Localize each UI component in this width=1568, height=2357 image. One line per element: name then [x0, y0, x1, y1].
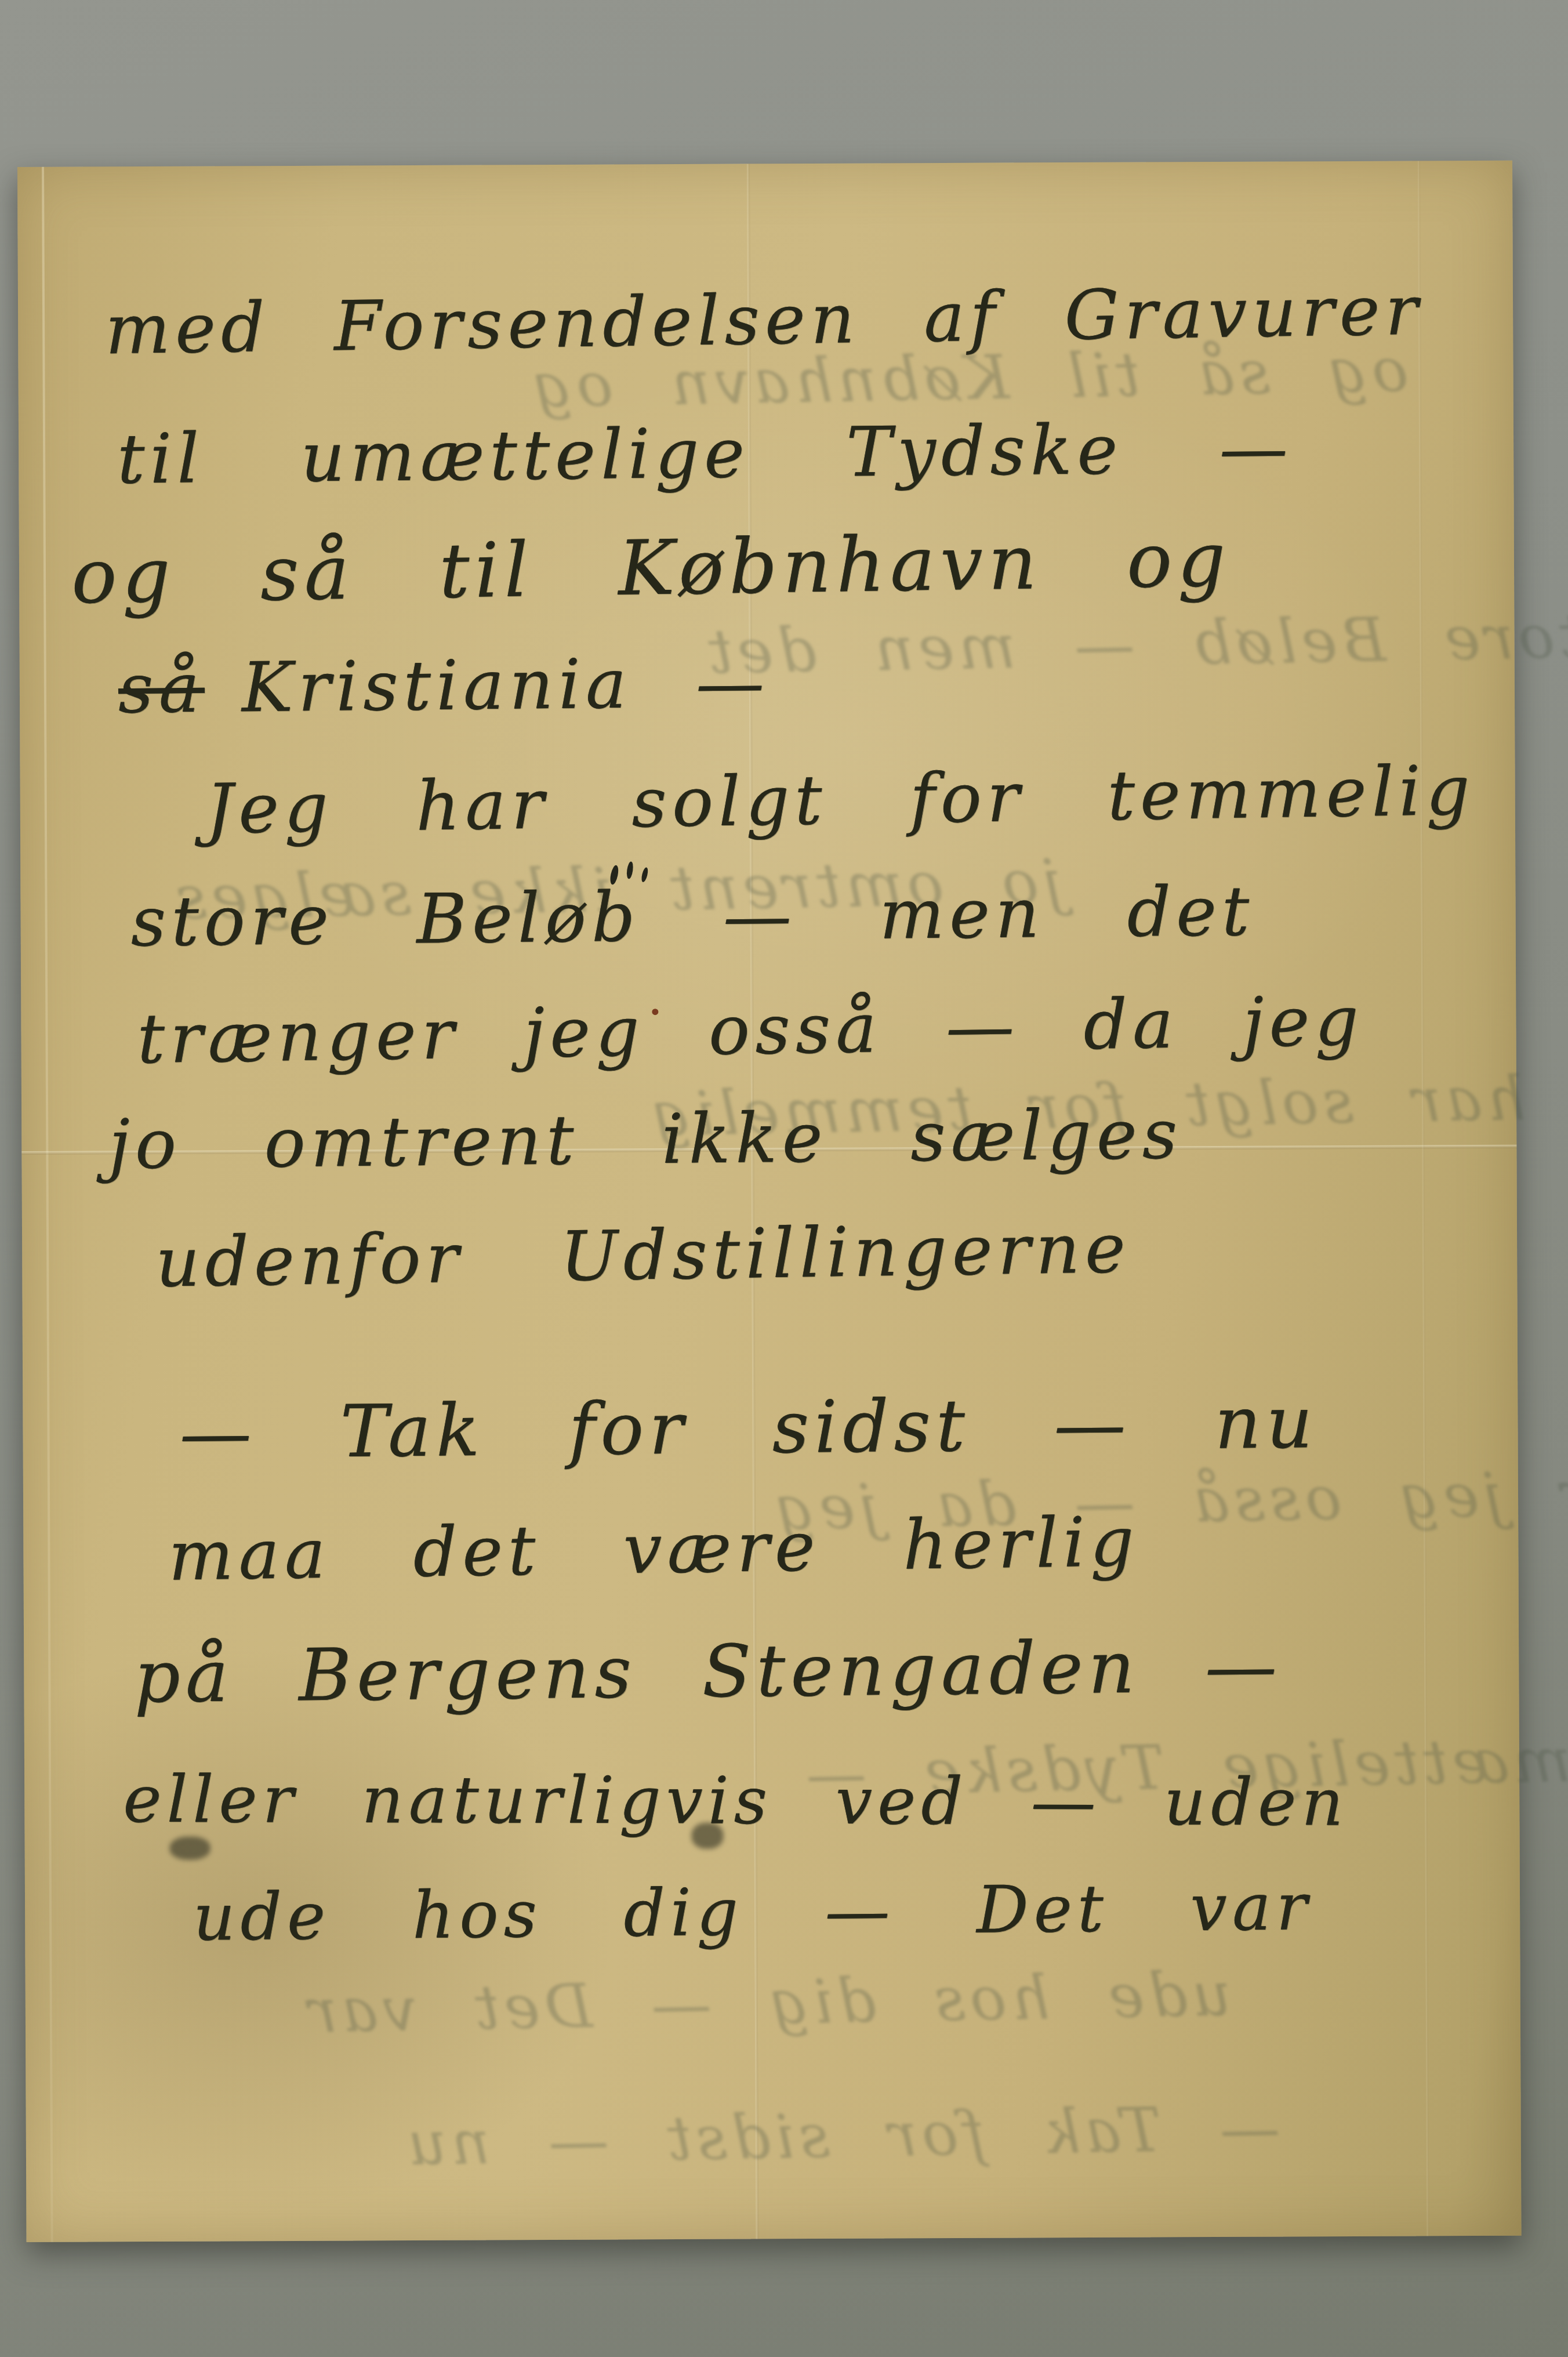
line-4-rest: Kristiania —: [241, 642, 770, 727]
letter-page: og så til Købnhavn og store Beløb — men …: [17, 161, 1522, 2242]
handwritten-line-6: store Beløb — men det: [130, 871, 1255, 962]
bleed-through-text: — Tak for sidst — nu: [402, 2093, 1281, 2180]
struck-out-word: så: [118, 648, 205, 728]
handwritten-line-11: maa det være herlig: [168, 1502, 1139, 1596]
handwritten-line-5: Jeg har solgt for temmelig: [205, 750, 1476, 849]
handwritten-line-8: jo omtrent ikke sælges: [108, 1094, 1183, 1184]
handwritten-line-9: udenfor Udstillingerne: [155, 1208, 1131, 1303]
handwritten-line-14: ude hos dig — Det var: [193, 1869, 1313, 1956]
ink-smudge: [691, 1823, 723, 1849]
red-speck: [652, 1009, 658, 1015]
page-left-fold-edge: [42, 167, 53, 2242]
handwritten-line-10: — Tak for sidst — nu: [179, 1381, 1318, 1475]
handwritten-line-13: eller naturligvis ved — uden: [123, 1762, 1348, 1841]
bleed-through-text: ude hos dig — Det var: [303, 1959, 1232, 2047]
handwritten-line-12: på Bergens Stengaden —: [134, 1624, 1283, 1719]
ink-smudge: [170, 1837, 210, 1860]
handwritten-line-4: såKristiania —: [118, 642, 770, 728]
bleed-through-text: store Beløb — men det: [703, 600, 1568, 688]
handwritten-line-7: trænger jeg osså — da jeg: [137, 981, 1364, 1079]
vertical-fold-crease-right: [1418, 161, 1429, 2236]
handwritten-line-2: til umættelige Tydske —: [117, 408, 1294, 499]
handwritten-line-3: og så til Købnhavn og: [71, 515, 1231, 621]
scanned-letter-photo: { "letter": { "kind": "handwritten lette…: [0, 0, 1568, 2357]
